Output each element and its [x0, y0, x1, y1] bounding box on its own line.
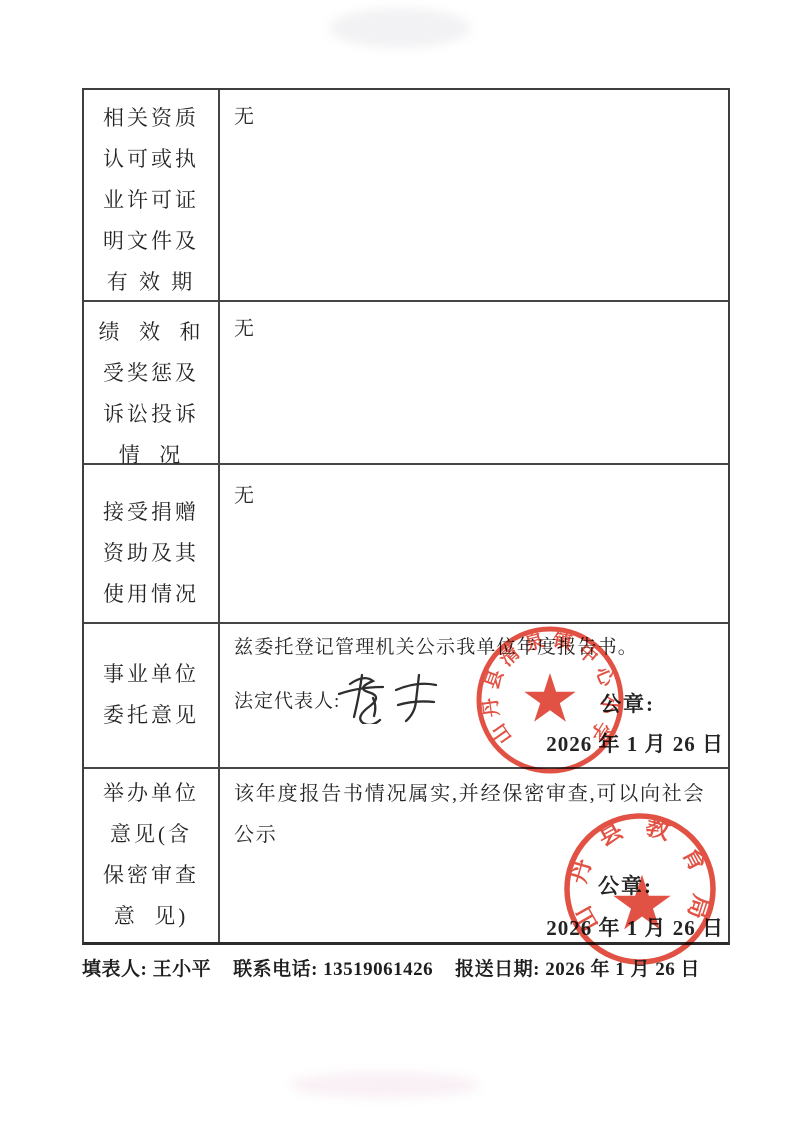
submit-date-field: 报送日期: 2026 年 1 月 26 日 — [455, 954, 700, 981]
annual-report-table: 相关资质 认可或执 业许可证 明文件及 有 效 期 无 绩 效 和 受奖惩及 诉… — [82, 88, 730, 945]
scan-bleed-artifact-bottom — [290, 1072, 480, 1098]
sponsor-statement-line2: 公示 — [234, 818, 278, 847]
seal-label: 公章: — [598, 870, 653, 900]
none-value: 无 — [234, 100, 254, 129]
entrust-statement: 兹委托登记管理机关公示我单位年度报告书。 — [234, 632, 638, 659]
sponsor-statement-line1: 该年度报告书情况属实,并经保密审查,可以向社会 — [234, 777, 705, 806]
row-label-line: 资助及其 — [103, 533, 199, 574]
legal-representative-signature — [332, 668, 450, 724]
phone-field: 联系电话: 13519061426 — [233, 954, 433, 981]
row-label-donations: 接受捐赠 资助及其 使用情况 — [84, 465, 220, 622]
row-label-line: 事业单位 — [103, 654, 199, 695]
table-row-entrust-opinion: 事业单位 委托意见 兹委托登记管理机关公示我单位年度报告书。 法定代表人: — [84, 624, 728, 769]
footer-info-line: 填表人: 王小平 联系电话: 13519061426 报送日期: 2026 年 … — [82, 954, 730, 981]
row-label-line: 举办单位 — [103, 773, 199, 814]
preparer-name: 王小平 — [153, 959, 212, 980]
row-label-line: 接受捐赠 — [103, 492, 199, 533]
legal-representative-label: 法定代表人: — [234, 686, 340, 713]
row-label-line: 意见(含 — [110, 814, 192, 855]
none-value: 无 — [234, 479, 254, 508]
none-value: 无 — [234, 312, 254, 341]
row-label-line: 认可或执 — [103, 139, 199, 180]
row-content-performance: 无 — [220, 302, 728, 463]
table-row-sponsor-opinion: 举办单位 意见(含 保密审查 意 见) 该年度报告书情况属实,并经保密审查,可以… — [84, 769, 728, 942]
table-row-performance: 绩 效 和 受奖惩及 诉讼投诉 情 况 无 — [84, 302, 728, 465]
sponsor-seal-date: 2026 年 1 月 26 日 — [546, 912, 724, 942]
row-label-line: 明文件及 — [103, 221, 199, 262]
scanned-report-page: 相关资质 认可或执 业许可证 明文件及 有 效 期 无 绩 效 和 受奖惩及 诉… — [0, 0, 796, 1125]
row-label-line: 保密审查 — [103, 855, 199, 896]
row-content-entrust-opinion: 兹委托登记管理机关公示我单位年度报告书。 法定代表人: 公章: 2026 年 1… — [220, 624, 728, 767]
submit-date-label: 报送日期: — [455, 959, 540, 980]
entrust-seal-date: 2026 年 1 月 26 日 — [546, 728, 724, 758]
row-content-qualifications: 无 — [220, 90, 728, 300]
row-label-line: 受奖惩及 — [103, 353, 199, 394]
row-label-line: 业许可证 — [103, 180, 199, 221]
row-label-line: 绩 效 和 — [99, 312, 204, 353]
seal-label: 公章: — [600, 688, 655, 718]
submit-date-value: 2026 年 1 月 26 日 — [545, 959, 700, 980]
row-content-sponsor-opinion: 该年度报告书情况属实,并经保密审查,可以向社会 公示 公章: 2026 年 1 … — [220, 769, 728, 942]
phone-number: 13519061426 — [323, 959, 433, 980]
table-row-qualifications: 相关资质 认可或执 业许可证 明文件及 有 效 期 无 — [84, 90, 728, 302]
table-row-donations: 接受捐赠 资助及其 使用情况 无 — [84, 465, 728, 624]
scan-bleed-artifact-top — [330, 8, 470, 48]
row-label-line: 诉讼投诉 — [103, 394, 199, 435]
row-label-sponsor-opinion: 举办单位 意见(含 保密审查 意 见) — [84, 769, 220, 942]
row-label-line: 委托意见 — [103, 695, 199, 736]
row-label-line: 相关资质 — [103, 98, 199, 139]
preparer-label: 填表人: — [82, 959, 147, 980]
row-label-entrust-opinion: 事业单位 委托意见 — [84, 624, 220, 767]
row-label-line: 意 见) — [114, 896, 189, 937]
row-content-donations: 无 — [220, 465, 728, 622]
row-label-line: 有 效 期 — [107, 262, 196, 303]
preparer-field: 填表人: 王小平 — [82, 954, 211, 981]
phone-label: 联系电话: — [233, 959, 318, 980]
row-label-qualifications: 相关资质 认可或执 业许可证 明文件及 有 效 期 — [84, 90, 220, 300]
row-label-performance: 绩 效 和 受奖惩及 诉讼投诉 情 况 — [84, 302, 220, 463]
row-label-line: 使用情况 — [103, 574, 199, 615]
